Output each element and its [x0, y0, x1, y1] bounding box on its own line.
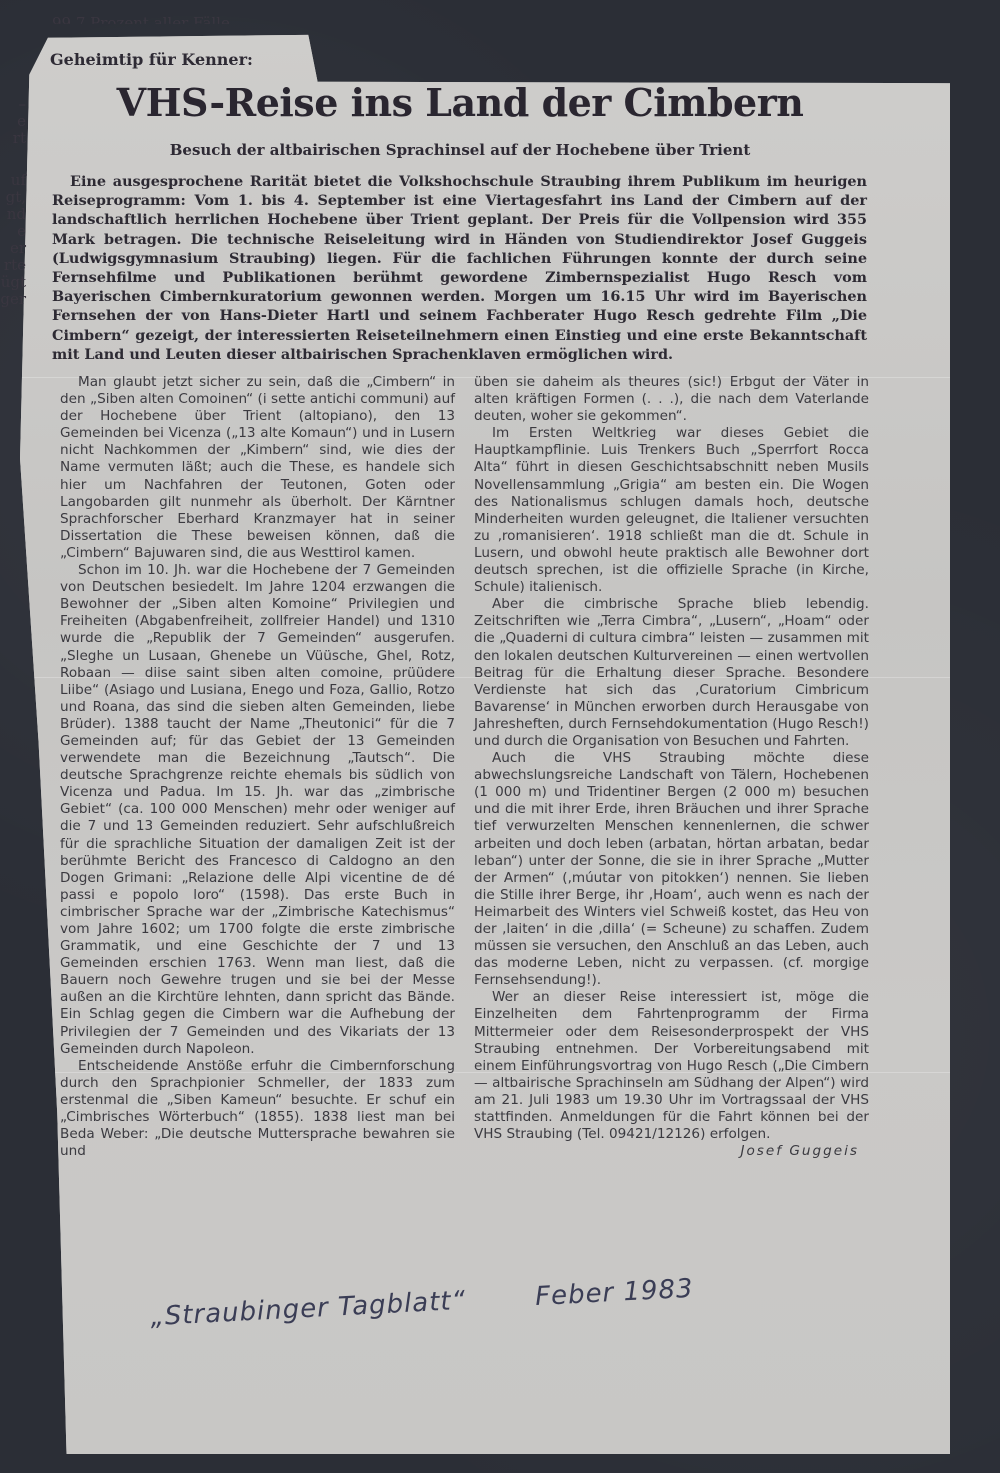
paragraph: Wer an dieser Reise interessiert ist, mö… [474, 989, 869, 1143]
paragraph: Schon im 10. Jh. war die Hochebene der 7… [60, 562, 455, 1058]
article-column-right: üben sie daheim als theures (sic!) Erbgu… [474, 374, 869, 1160]
kicker-line: Geheimtip für Kenner: [50, 50, 253, 69]
edge-fragment: gt, [0, 189, 26, 206]
edge-fragment: rte [0, 257, 26, 274]
paragraph: Im Ersten Weltkrieg war dieses Gebiet di… [474, 425, 869, 596]
edge-fragment: ügt [0, 274, 26, 291]
edge-fragments-mid: uf gt, nd e er rte ügt ger [0, 172, 26, 308]
edge-fragment: ger [0, 291, 26, 308]
paragraph: Entscheidende Anstöße erfuhr die Cimbern… [60, 1058, 455, 1161]
lead-paragraph: Eine ausgesprochene Rarität bietet die V… [52, 172, 867, 364]
paragraph: Aber die cimbrische Sprache blieb lebend… [474, 596, 869, 750]
author-byline: Josef Guggeis [474, 1143, 859, 1160]
edge-fragment: nd [0, 206, 26, 223]
cut-off-previous-article-text: 99,7 Prozent aller Fälle [52, 14, 230, 32]
edge-fragment: e er [0, 223, 26, 257]
paragraph: Auch die VHS Straubing möchte diese abwe… [474, 750, 869, 989]
article-column-left: Man glaubt jetzt sicher zu sein, daß die… [60, 374, 455, 1160]
subheadline: Besuch der altbairischen Sprachinsel auf… [0, 141, 920, 159]
edge-fragment: uf [0, 172, 26, 189]
headline: VHS-Reise ins Land der Cimbern [0, 80, 920, 125]
paragraph: üben sie daheim als theures (sic!) Erbgu… [474, 374, 869, 425]
paragraph: Man glaubt jetzt sicher zu sein, daß die… [60, 374, 455, 562]
